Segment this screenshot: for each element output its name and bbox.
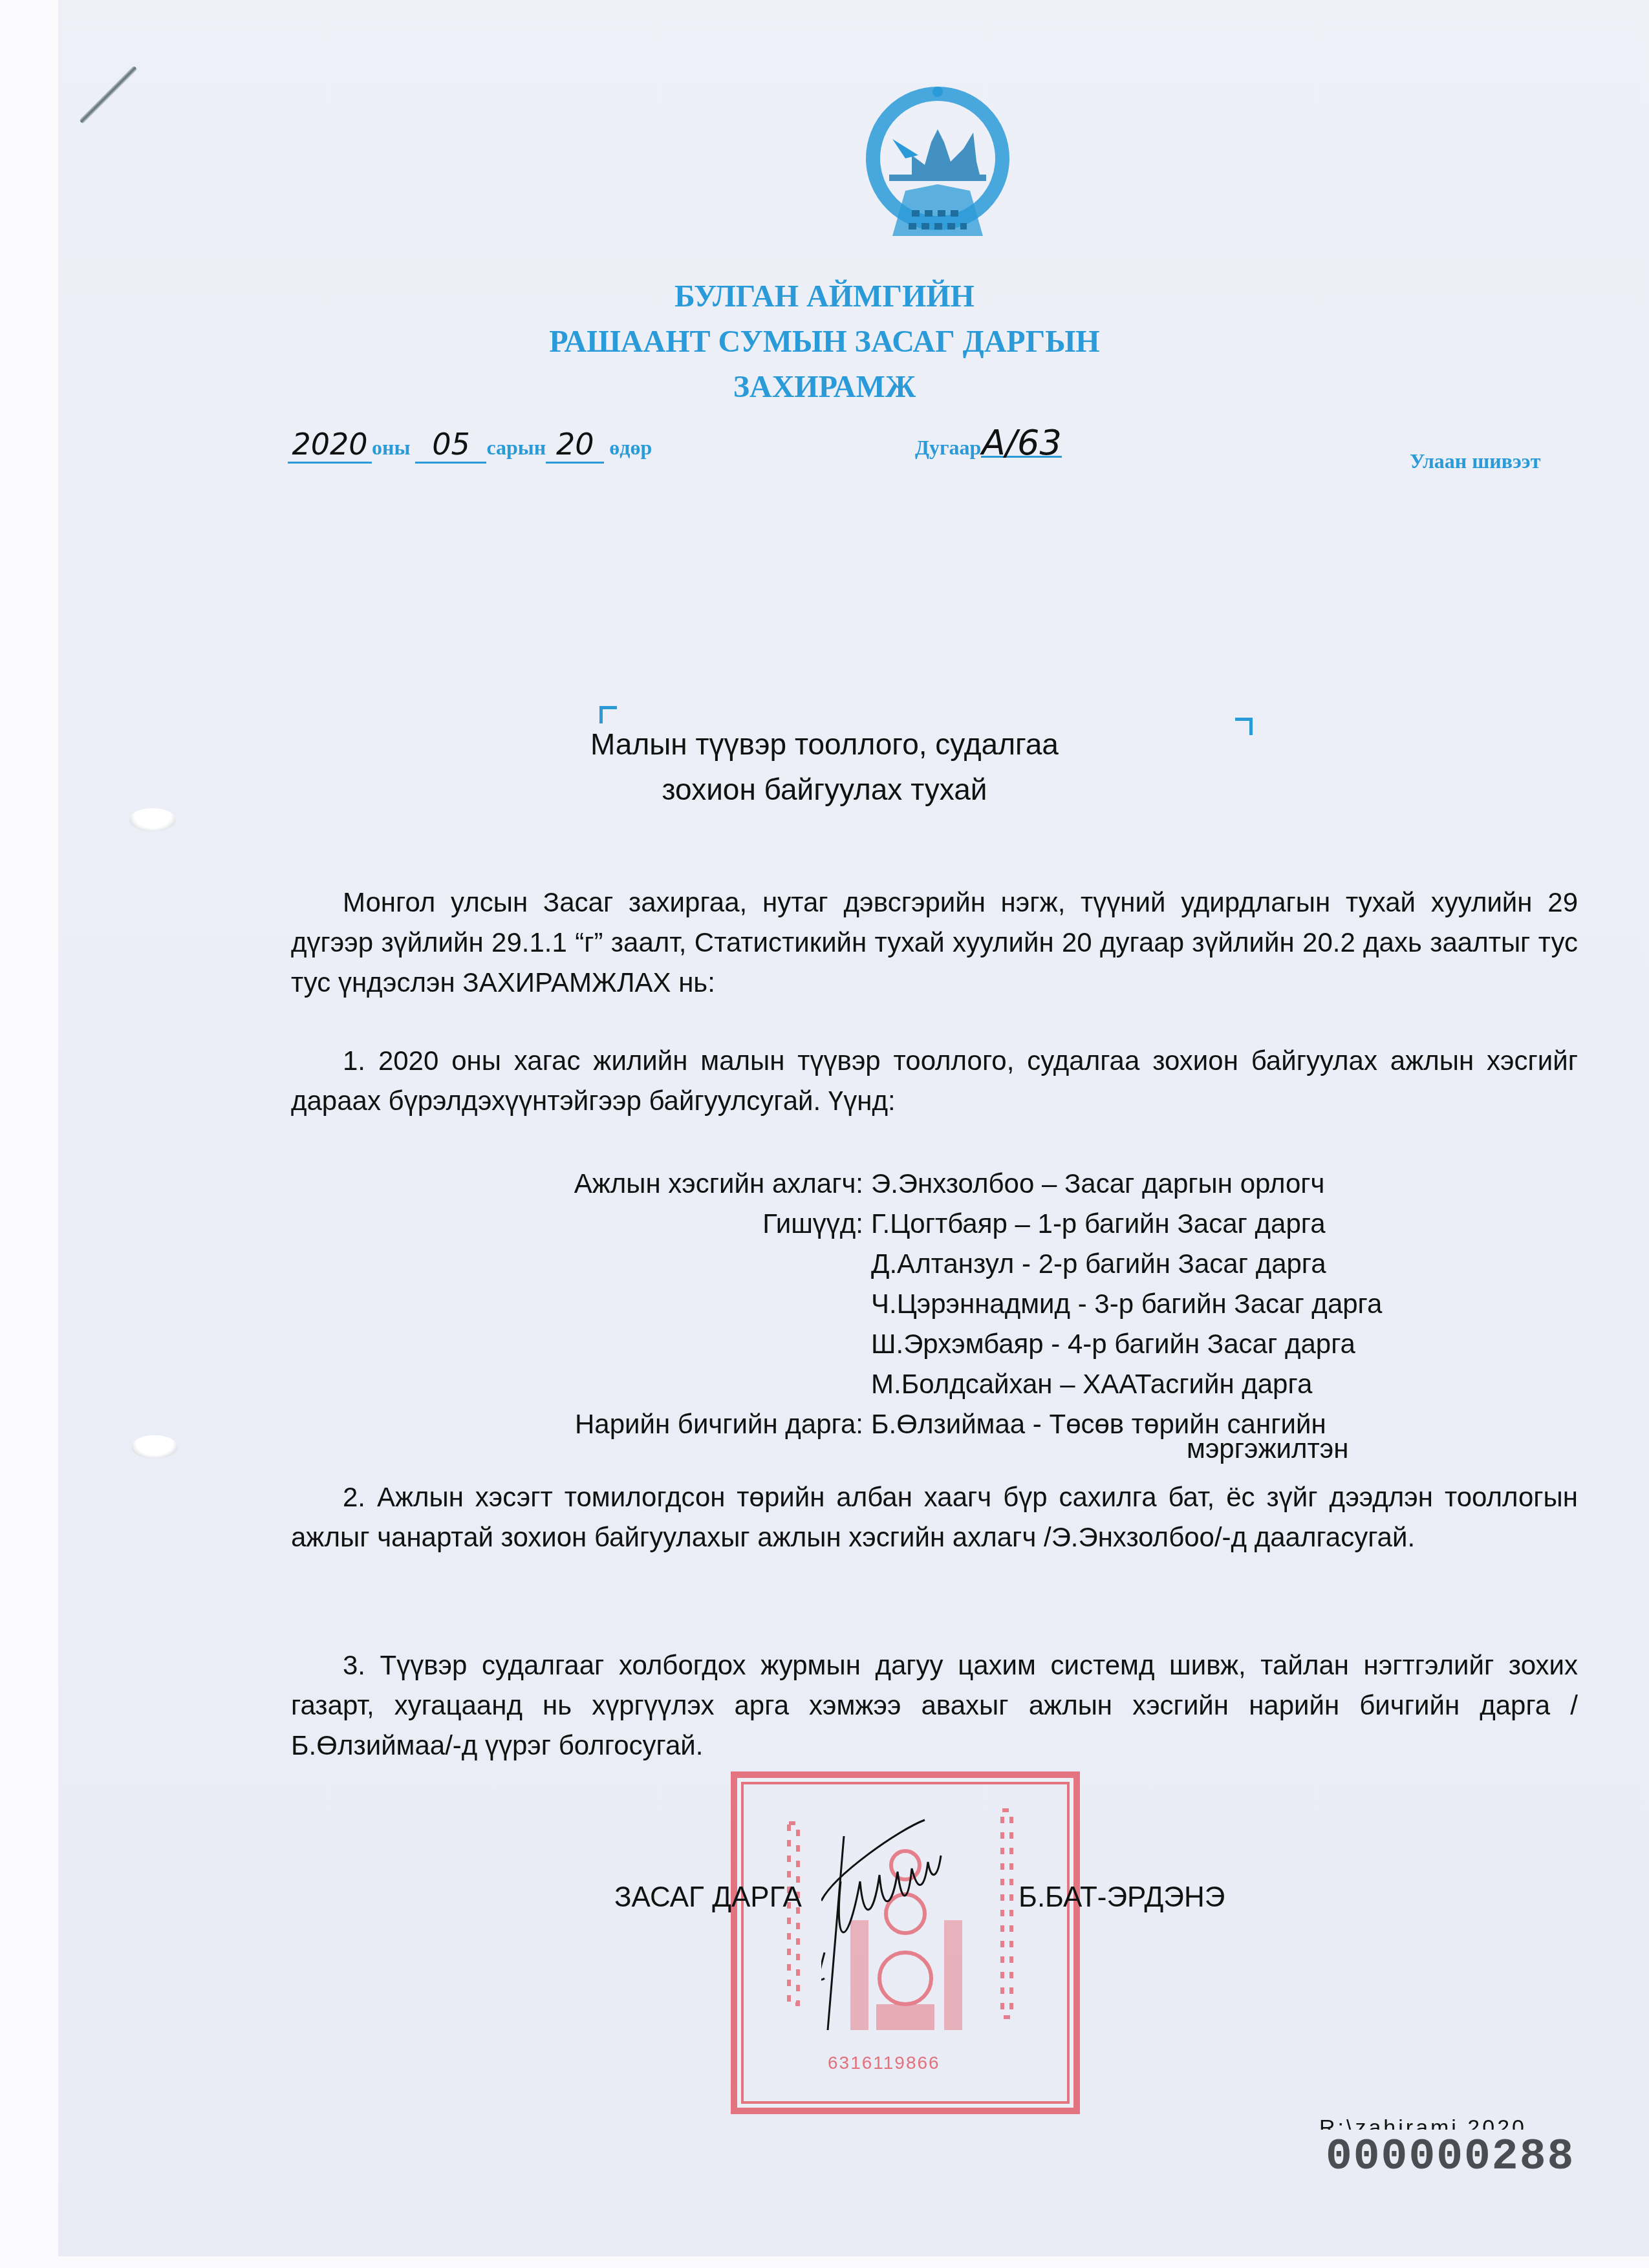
clause-1-text: 1. 2020 оны хагас жилийн малын түүвэр то… — [291, 1045, 1578, 1116]
working-group-member: Д.Алтанзул - 2-р багийн Засаг дарга — [871, 1244, 1326, 1284]
clause-3-text: 3. Түүвэр судалгааг холбогдох журмын даг… — [291, 1650, 1578, 1760]
header-sum-governor: РАШААНТ СУМЫН ЗАСАГ ДАРГЫН — [0, 320, 1649, 364]
working-group-continuation: мэргэжилтэн — [1187, 1429, 1348, 1469]
date-year-suffix: оны — [372, 436, 410, 459]
working-group-member: Ч.Цэрэннадмид - 3-р багийн Засаг дарга — [871, 1284, 1382, 1324]
date-day: 20 — [546, 427, 604, 464]
clause-2: 2. Ажлын хэсэгт томилогдсон төрийн албан… — [291, 1477, 1578, 1557]
date-month-suffix: сарын — [486, 436, 546, 459]
seal-registration-number: 6316119866 — [828, 2053, 940, 2073]
clause-2-text: 2. Ажлын хэсэгт томилогдсон төрийн албан… — [291, 1482, 1578, 1552]
working-group-member: М.Болдсайхан – ХААТасгийн дарга — [871, 1364, 1312, 1404]
preamble-paragraph: Монгол улсын Засаг захиргаа, нутаг дэвсг… — [291, 883, 1578, 1003]
date-month: 05 — [415, 427, 486, 464]
clause-3: 3. Түүвэр судалгааг холбогдох журмын даг… — [291, 1645, 1578, 1766]
decree-date: 2020оны 05сарын20 өдөр — [288, 427, 652, 464]
serial-number-stamp: 000000288 — [1326, 2132, 1575, 2182]
subject-line-1: Малын түүвэр тооллого, судалгаа — [0, 724, 1649, 764]
number-label: Дугаар — [915, 436, 981, 459]
punch-hole-icon — [129, 808, 176, 831]
header-decree-title: ЗАХИРАМЖ — [0, 365, 1649, 409]
subject-bracket-left-icon — [599, 706, 617, 723]
decree-number: ДугаарА/63 — [915, 430, 1062, 460]
number-value: А/63 — [981, 430, 1062, 458]
file-reference: R:\zahiramj 2020 — [1319, 2115, 1527, 2130]
preamble-text: Монгол улсын Засаг захиргаа, нутаг дэвсг… — [291, 887, 1578, 998]
working-group-role: Ажлын хэсгийн ахлагч: — [0, 1164, 863, 1204]
working-group-role: Гишүүд: — [0, 1204, 863, 1244]
working-group-role: Нарийн бичгийн дарга: — [0, 1404, 863, 1444]
decree-place: Улаан шивээт — [1410, 449, 1540, 473]
working-group-member: Г.Цогтбаяр – 1-р багийн Засаг дарга — [871, 1204, 1326, 1244]
handwritten-signature-icon — [821, 1817, 1015, 2037]
clause-1: 1. 2020 оны хагас жилийн малын түүвэр то… — [291, 1041, 1578, 1121]
mongolia-state-emblem-icon — [860, 78, 1015, 246]
working-group-member: Э.Энхзолбоо – Засаг даргын орлогч — [871, 1164, 1324, 1204]
signatory-name: Б.БАТ-ЭРДЭНЭ — [1018, 1881, 1225, 1914]
working-group-member: Ш.Эрхэмбаяр - 4-р багийн Засаг дарга — [871, 1324, 1355, 1364]
date-year: 2020 — [288, 427, 372, 464]
scan-margin-bottom — [0, 2256, 1649, 2268]
signatory-title: ЗАСАГ ДАРГА — [614, 1881, 802, 1914]
subject-line-2: зохион байгуулах тухай — [0, 769, 1649, 809]
header-aimag: БУЛГАН АЙМГИЙН — [0, 275, 1649, 319]
date-day-suffix: өдөр — [609, 436, 652, 459]
